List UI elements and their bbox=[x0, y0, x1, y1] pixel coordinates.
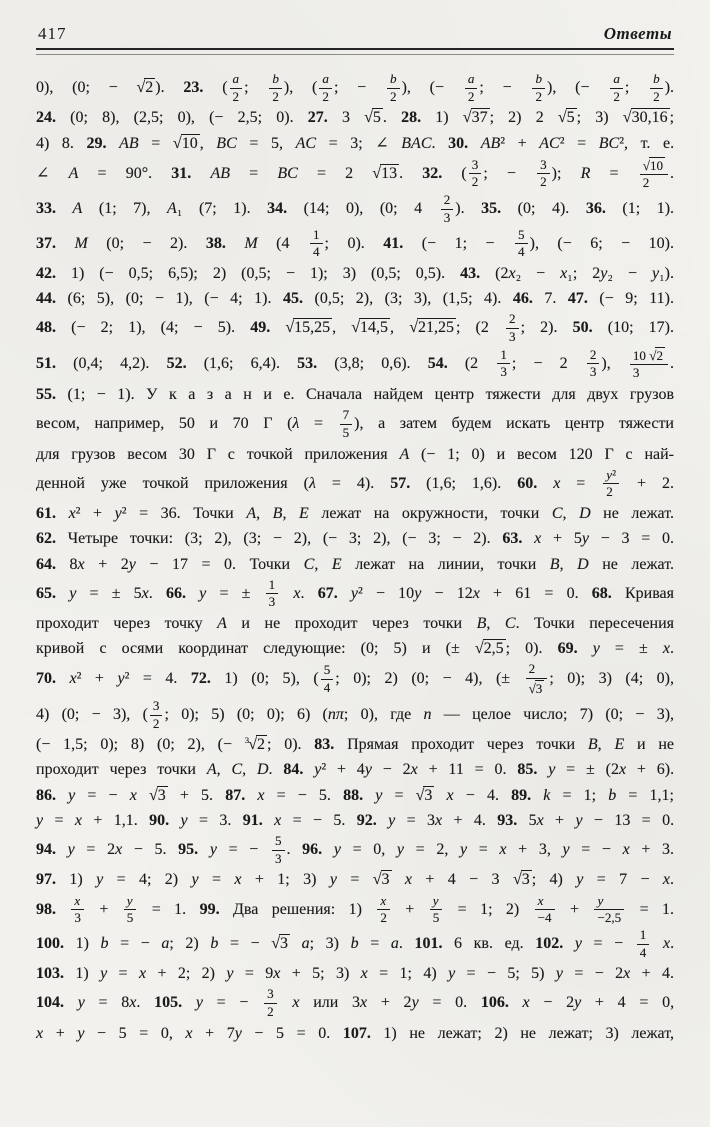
text-line: 24. (0; 8), (2,5; 0), (− 2,5; 0). 27. 3 … bbox=[36, 106, 674, 129]
text-line: 70. x² + y² = 4. 72. 1) (0; 5), (54; 0);… bbox=[36, 662, 674, 696]
running-title: Ответы bbox=[604, 24, 672, 44]
text-line: 65. y = ± 5x. 66. y = ± 13 x. 67. y² − 1… bbox=[36, 578, 674, 610]
text-line: 104. y = 8x. 105. y = − 32 x или 3x + 2y… bbox=[36, 987, 674, 1019]
text-line: 64. 8x + 2y − 17 = 0. Точки C, E лежат н… bbox=[36, 553, 674, 576]
text-line: 44. (6; 5), (0; − 1), (− 4; 1). 45. (0,5… bbox=[36, 287, 674, 310]
page-header: 417 Ответы bbox=[36, 24, 674, 46]
text-line: проходит через точку A и не проходит чер… bbox=[36, 612, 674, 635]
text-line: кривой с осями координат следующие: (0; … bbox=[36, 637, 674, 660]
text-line: x + y − 5 = 0, x + 7y − 5 = 0. 107. 1) н… bbox=[36, 1022, 674, 1045]
text-line: денной уже точкой приложения (λ = 4). 57… bbox=[36, 468, 674, 500]
text-line: 97. 1) y = 4; 2) y = x + 1; 3) y = √3 x … bbox=[36, 868, 674, 891]
text-line: 42. 1) (− 0,5; 6,5); 2) (0,5; − 1); 3) (… bbox=[36, 262, 674, 285]
answers-text: 0), (0; − √2). 23. (a2; b2), (a2; − b2),… bbox=[36, 72, 674, 1045]
text-line: 0), (0; − √2). 23. (a2; b2), (a2; − b2),… bbox=[36, 72, 674, 104]
text-line: 55. (1; − 1). У к а з а н и е. Сначала н… bbox=[36, 383, 674, 406]
text-line: 4) (0; − 3), (32; 0); 5) (0; 0); 6) (nπ;… bbox=[36, 699, 674, 731]
text-line: 61. x² + y² = 36. Точки A, B, E лежат на… bbox=[36, 502, 674, 525]
text-line: 94. y = 2x − 5. 95. y = − 53. 96. y = 0,… bbox=[36, 834, 674, 866]
text-line: проходит через точки A, C, D. 84. y² + 4… bbox=[36, 758, 674, 781]
text-line: 37. M (0; − 2). 38. M (4 14; 0). 41. (− … bbox=[36, 228, 674, 260]
text-line: 100. 1) b = − a; 2) b = − √3 a; 3) b = a… bbox=[36, 928, 674, 960]
text-line: 98. x3 + y5 = 1. 99. Два решения: 1) x2 … bbox=[36, 894, 674, 926]
text-line: 51. (0,4; 4,2). 52. (1,6; 6,4). 53. (3,8… bbox=[36, 347, 674, 381]
header-rule-thin bbox=[36, 54, 674, 55]
text-line: для грузов весом 30 Г с точкой приложени… bbox=[36, 443, 674, 466]
text-line: y = x + 1,1. 90. y = 3. 91. x = − 5. 92.… bbox=[36, 809, 674, 832]
text-line: 33. A (1; 7), A₁ (7; 1). 34. (14; 0), (0… bbox=[36, 193, 674, 225]
text-line: 4) 8. 29. AB = √10, BC = 5, AC = 3; ∠ BA… bbox=[36, 132, 674, 155]
header-rule-thick bbox=[36, 48, 674, 50]
text-line: 48. (− 2; 1), (4; − 5). 49. √15,25, √14,… bbox=[36, 312, 674, 344]
text-line: 62. Четыре точки: (3; 2), (3; − 2), (− 3… bbox=[36, 527, 674, 550]
book-page: 417 Ответы 0), (0; − √2). 23. (a2; b2), … bbox=[0, 0, 710, 1127]
text-line: ∠ A = 90°. 31. AB = BC = 2 √13. 32. (32;… bbox=[36, 157, 674, 191]
text-line: весом, например, 50 и 70 Г (λ = 75), а з… bbox=[36, 408, 674, 440]
text-line: (− 1,5; 0); 8) (0; 2), (− 3√2; 0). 83. П… bbox=[36, 733, 674, 756]
text-line: 86. y = − x √3 + 5. 87. x = − 5. 88. y =… bbox=[36, 784, 674, 807]
text-line: 103. 1) y = x + 2; 2) y = 9x + 5; 3) x =… bbox=[36, 962, 674, 985]
page-number: 417 bbox=[38, 24, 67, 44]
